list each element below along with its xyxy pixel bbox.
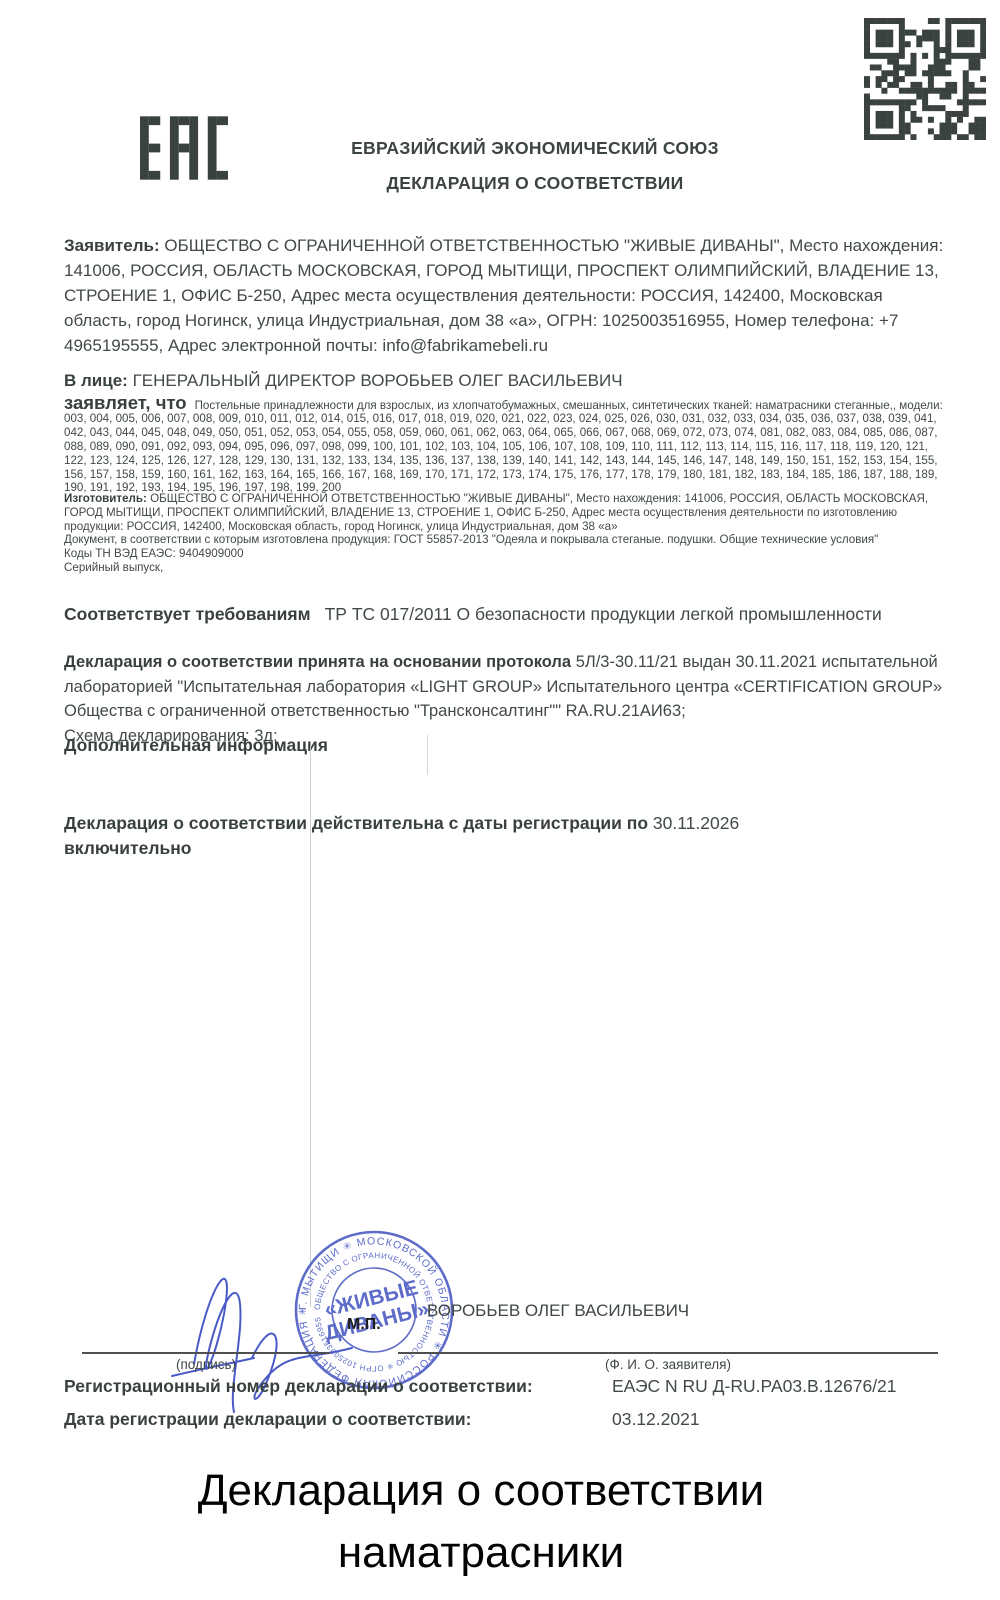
compliance-text: ТР ТС 017/2011 О безопасности продукции … [325,604,882,624]
bottom-caption: Декларация о соответствии наматрасники [0,1460,962,1584]
registration-number-value: ЕАЭС N RU Д-RU.РА03.В.12676/21 [612,1376,897,1397]
basis-paragraph: Декларация о соответствии принята на осн… [64,650,946,724]
basis-block: Декларация о соответствии принята на осн… [64,650,946,748]
manufacturer-paragraph: Изготовитель: ОБЩЕСТВО С ОГРАНИЧЕННОЙ ОТ… [64,492,946,533]
caption-line1: Декларация о соответствии [0,1460,962,1522]
applicant-text: ОБЩЕСТВО С ОГРАНИЧЕННОЙ ОТВЕТСТВЕННОСТЬЮ… [64,236,943,355]
fio-caption: (Ф. И. О. заявителя) [398,1357,938,1372]
declaration-document: ЕВРАЗИЙСКИЙ ЭКОНОМИЧЕСКИЙ СОЮЗ ДЕКЛАРАЦИ… [0,0,1000,1600]
declares-label: заявляет, что [64,392,195,413]
basis-label: Декларация о соответствии принята на осн… [64,653,571,671]
product-models-text: Постельные принадлежности для взрослых, … [64,399,943,495]
validity-date: 30.11.2026 [653,813,739,833]
registration-date-value: 03.12.2021 [612,1409,700,1430]
document-title: ДЕКЛАРАЦИЯ О СООТВЕТСТВИИ [70,173,1000,194]
manufacturer-block: Изготовитель: ОБЩЕСТВО С ОГРАНИЧЕННОЙ ОТ… [64,492,946,575]
serial-release: Серийный выпуск, [64,561,946,575]
person-paragraph: В лице: ГЕНЕРАЛЬНЫЙ ДИРЕКТОР ВОРОБЬЕВ ОЛ… [64,368,946,393]
applicant-fullname: ВОРОБЬЕВ ОЛЕГ ВАСИЛЬЕВИЧ [427,1301,689,1321]
manufacturer-label: Изготовитель: [64,492,147,505]
caption-line2: наматрасники [0,1522,962,1584]
validity-label: Декларация о соответствии действительна … [64,813,648,833]
scan-artifact-mark [427,735,428,775]
compliance-paragraph: Соответствует требованиямТР ТС 017/2011 … [64,601,896,628]
validity-block: Декларация о соответствии действительна … [64,811,946,861]
tnved-codes: Коды ТН ВЭД ЕАЭС: 9404909000 [64,547,946,561]
manufacture-document: Документ, в соответствии с которым изгот… [64,533,946,547]
registration-number-label: Регистрационный номер декларации о соотв… [64,1376,533,1396]
registration-date-row: Дата регистрации декларации о соответств… [64,1409,964,1430]
registration-date-label: Дата регистрации декларации о соответств… [64,1409,472,1429]
signature-line [82,1352,330,1354]
validity-suffix: включительно [64,836,946,861]
person-text: ГЕНЕРАЛЬНЫЙ ДИРЕКТОР ВОРОБЬЕВ ОЛЕГ ВАСИЛ… [133,371,623,390]
qr-code [864,18,986,140]
applicant-label: Заявитель: [64,236,160,255]
person-label: В лице: [64,371,128,390]
mp-mark: М.П. [347,1316,381,1334]
union-title: ЕВРАЗИЙСКИЙ ЭКОНОМИЧЕСКИЙ СОЮЗ [70,138,1000,159]
validity-line: Декларация о соответствии действительна … [64,811,946,836]
fio-line [398,1352,938,1354]
document-header: ЕВРАЗИЙСКИЙ ЭКОНОМИЧЕСКИЙ СОЮЗ ДЕКЛАРАЦИ… [70,138,1000,194]
declares-paragraph: заявляет, чтоПостельные принадлежности д… [64,396,946,496]
applicant-paragraph: Заявитель: ОБЩЕСТВО С ОГРАНИЧЕННОЙ ОТВЕТ… [64,233,946,358]
registration-number-row: Регистрационный номер декларации о соотв… [64,1376,964,1397]
compliance-label: Соответствует требованиям [64,604,325,624]
additional-info-label: Дополнительная информация [64,735,328,756]
manufacturer-text: ОБЩЕСТВО С ОГРАНИЧЕННОЙ ОТВЕТСТВЕННОСТЬЮ… [64,492,928,533]
signature-caption: (подпись) [82,1357,330,1372]
